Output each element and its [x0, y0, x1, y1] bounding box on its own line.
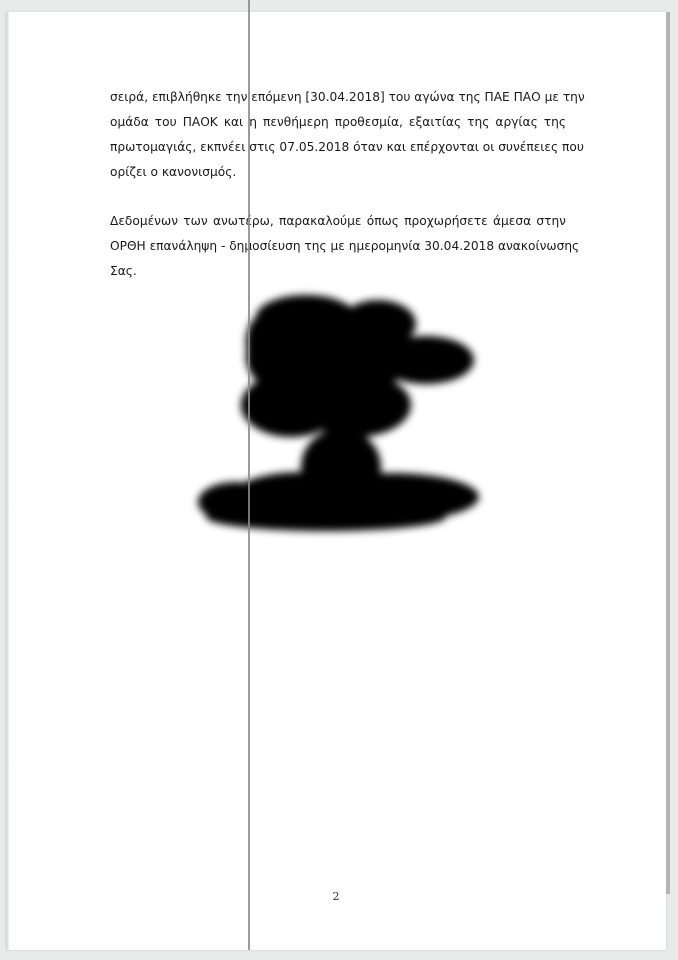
paragraph-deadline: σειρά, επιβλήθηκε την επόμενη [30.04.201…: [110, 85, 566, 185]
text-line: ορίζει ο κανονισμός.: [110, 160, 566, 185]
paragraph-request: Δεδομένων των ανωτέρω, παρακαλούμε όπως …: [110, 209, 566, 284]
document-page: σειρά, επιβλήθηκε την επόμενη [30.04.201…: [6, 12, 666, 950]
scan-fold-line: [248, 0, 250, 950]
text-line: σειρά, επιβλήθηκε την επόμενη [30.04.201…: [110, 85, 566, 110]
page-right-edge-shadow: [666, 12, 670, 894]
page-number: 2: [6, 890, 666, 903]
text-line: ομάδα του ΠΑΟΚ και η πενθήμερη προθεσμία…: [110, 110, 566, 135]
page-left-edge-shadow: [6, 12, 9, 950]
text-line: Δεδομένων των ανωτέρω, παρακαλούμε όπως …: [110, 209, 566, 234]
text-line: ΟΡΘΗ επανάληψη - δημοσίευση της με ημερο…: [110, 234, 566, 259]
text-line: πρωτομαγιάς, εκπνέει στις 07.05.2018 ότα…: [110, 135, 566, 160]
text-line: Σας.: [110, 259, 566, 284]
